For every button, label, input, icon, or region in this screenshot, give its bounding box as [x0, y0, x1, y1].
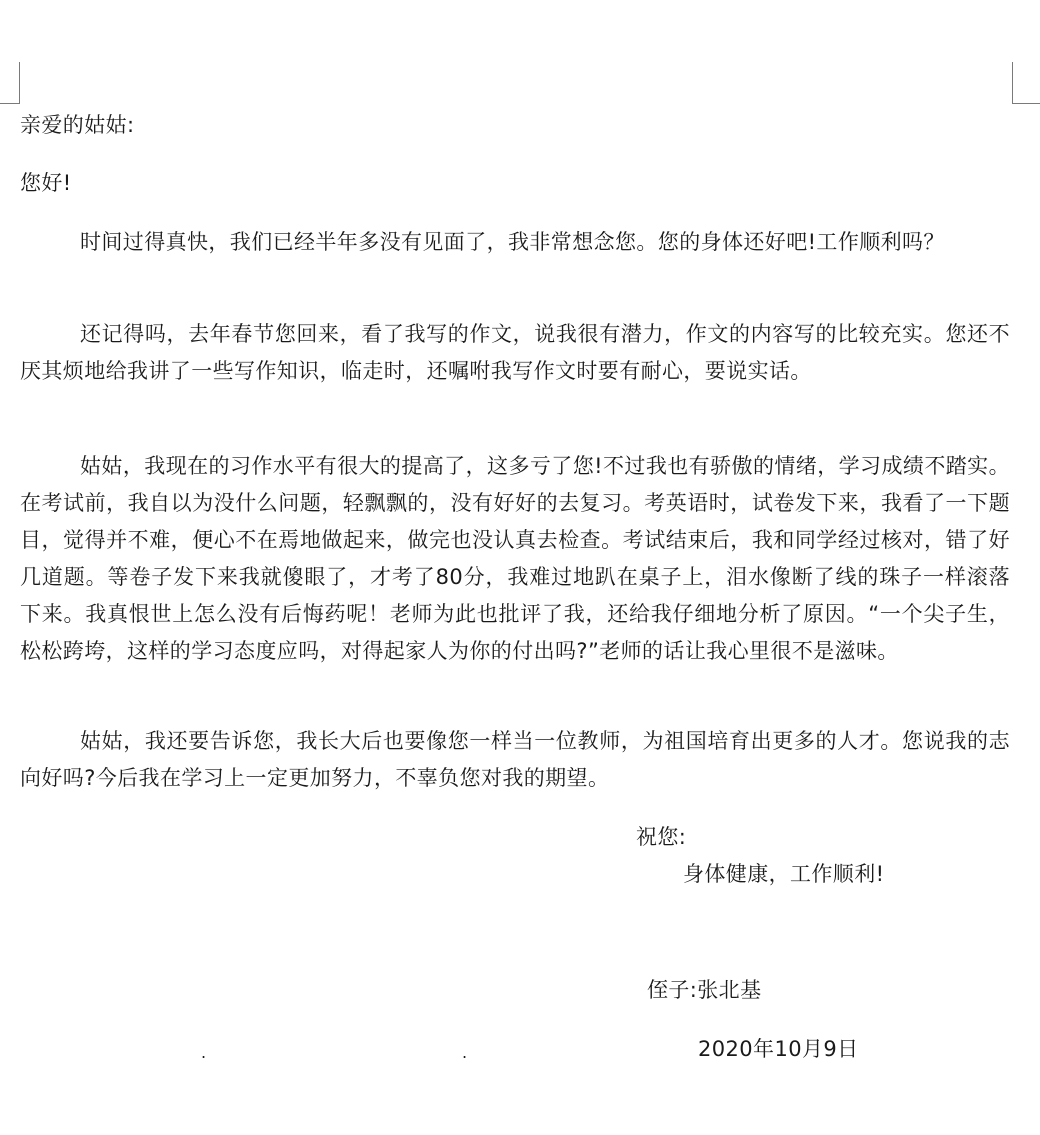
closing-wish: 身体健康，工作顺利! [683, 862, 884, 886]
greeting: 您好! [20, 171, 72, 195]
body-paragraph-4: 姑姑，我还要告诉您，我长大后也要像您一样当一位教师，为祖国培育出更多的人才。您说… [20, 723, 1010, 797]
stray-mark: . [462, 1045, 467, 1061]
salutation: 亲爱的姑姑: [20, 113, 134, 137]
body-paragraph-1: 时间过得真快，我们已经半年多没有见面了，我非常想念您。您的身体还好吧!工作顺利吗… [20, 224, 1010, 261]
stray-mark: . [201, 1045, 206, 1061]
margin-corner-mark-top-right [1012, 62, 1040, 104]
signature: 侄子:张北基 [647, 978, 761, 1002]
body-paragraph-3: 姑姑，我现在的习作水平有很大的提高了，这多亏了您!不过我也有骄傲的情绪，学习成绩… [20, 448, 1010, 670]
closing: 祝您: [636, 825, 686, 849]
body-paragraph-2: 还记得吗，去年春节您回来，看了我写的作文，说我很有潜力，作文的内容写的比较充实。… [20, 316, 1010, 390]
margin-corner-mark-top-left [0, 62, 20, 104]
date: 2020年10月9日 [698, 1037, 859, 1061]
